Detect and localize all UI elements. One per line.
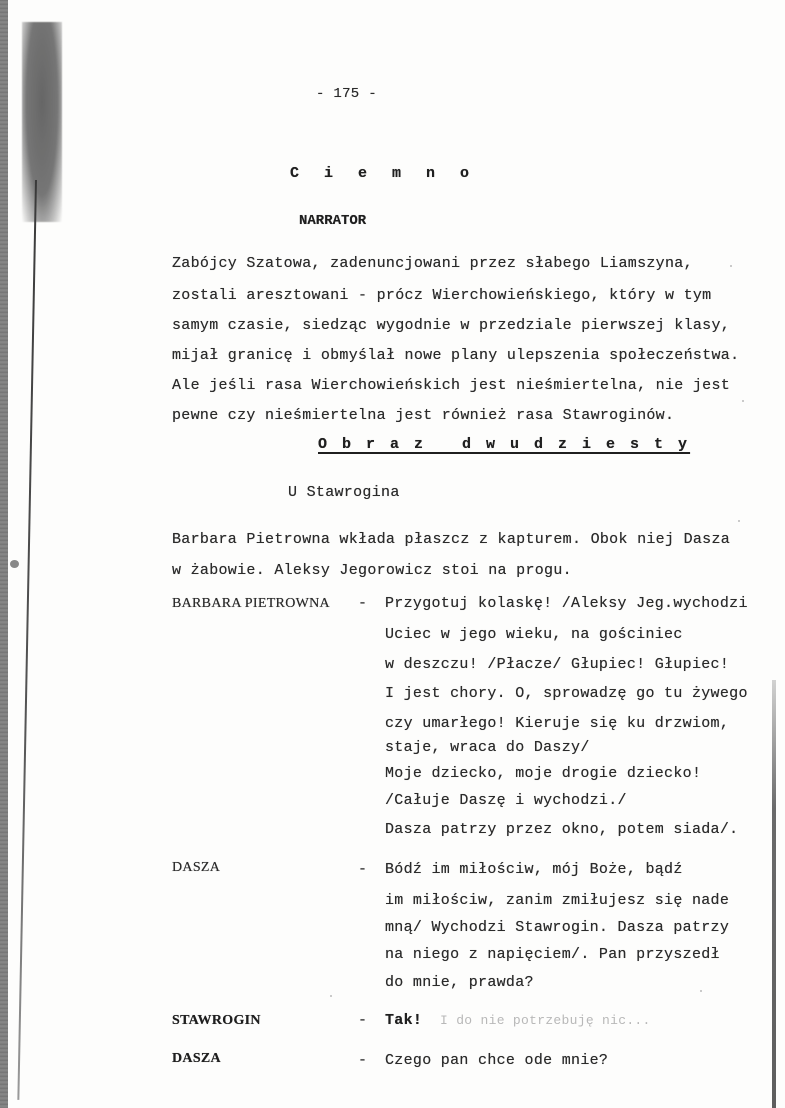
scan-edge-right <box>772 680 776 1108</box>
narrator-line: pewne czy nieśmiertelna jest również ras… <box>172 408 674 424</box>
dialogue-line: staje, wraca do Daszy/ <box>385 740 590 756</box>
speck <box>700 990 702 992</box>
dialogue-dash: - <box>358 1053 367 1069</box>
dialogue-line: im miłościw, zanim zmiłujesz się nade <box>385 893 729 909</box>
speaker-name: STAWROGIN <box>172 1013 261 1029</box>
speaker-name: DASZA <box>172 1051 221 1067</box>
narrator-line: Zabójcy Szatowa, zadenuncjowani przez sł… <box>172 256 693 272</box>
narrator-line: Ale jeśli rasa Wierchowieńskich jest nie… <box>172 378 730 394</box>
dialogue-line: na niego z napięciem/. Pan przyszedł <box>385 947 720 963</box>
dialogue-line: /Całuje Daszę i wychodzi./ <box>385 793 627 809</box>
speck <box>730 265 732 267</box>
speck <box>738 520 740 522</box>
dialogue-line: Bódź im miłościw, mój Boże, bądź <box>385 862 683 878</box>
faded-text: I do nie potrzebuję nic... <box>440 1013 651 1029</box>
narrator-heading: NARRATOR <box>299 213 366 229</box>
dialogue-line: mną/ Wychodzi Stawrogin. Dasza patrzy <box>385 920 729 936</box>
dialogue-dash: - <box>358 596 367 612</box>
scene-direction-dark: C i e m n o <box>290 166 477 182</box>
page-number: - 175 - <box>316 86 377 102</box>
binding-crease-line <box>17 180 37 1100</box>
dialogue-line: Uciec w jego wieku, na gościniec <box>385 627 683 643</box>
speck <box>330 995 332 997</box>
dialogue-line: do mnie, prawda? <box>385 975 534 991</box>
narrator-line: mijał granicę i obmyślał nowe plany ulep… <box>172 348 739 364</box>
narrator-line: samym czasie, siedząc wygodnie w przedzi… <box>172 318 730 334</box>
punch-hole-mark <box>10 560 19 568</box>
dialogue-line: Moje dziecko, moje drogie dziecko! <box>385 766 701 782</box>
speck <box>742 400 744 402</box>
speaker-name: DASZA <box>172 860 220 876</box>
scene-location: U Stawrogina <box>288 485 400 501</box>
dialogue-line: Przygotuj kolaskę! /Aleksy Jeg.wychodzi <box>385 596 748 612</box>
dialogue-line: w deszczu! /Płacze/ Głupiec! Głupiec! <box>385 657 729 673</box>
stage-direction-line: Barbara Pietrowna wkłada płaszcz z kaptu… <box>172 532 730 548</box>
scene-title: O b r a z d w u d z i e s t y <box>318 437 690 453</box>
narrator-line: zostali aresztowani - prócz Wierchowieńs… <box>172 288 711 304</box>
binding-smudge <box>22 22 62 222</box>
typewritten-page: - 175 - C i e m n o NARRATOR Zabójcy Sza… <box>0 0 785 1108</box>
scan-edge-left <box>0 0 8 1108</box>
dialogue-line: czy umarłego! Kieruje się ku drzwiom, <box>385 716 729 732</box>
dialogue-line: Tak! <box>385 1013 422 1029</box>
dialogue-dash: - <box>358 862 367 878</box>
dialogue-dash: - <box>358 1013 367 1029</box>
dialogue-line: I jest chory. O, sprowadzę go tu żywego <box>385 686 748 702</box>
speaker-name: BARBARA PIETROWNA <box>172 596 330 612</box>
dialogue-line: Czego pan chce ode mnie? <box>385 1053 608 1069</box>
dialogue-line: Dasza patrzy przez okno, potem siada/. <box>385 822 738 838</box>
stage-direction-line: w żabowie. Aleksy Jegorowicz stoi na pro… <box>172 563 572 579</box>
